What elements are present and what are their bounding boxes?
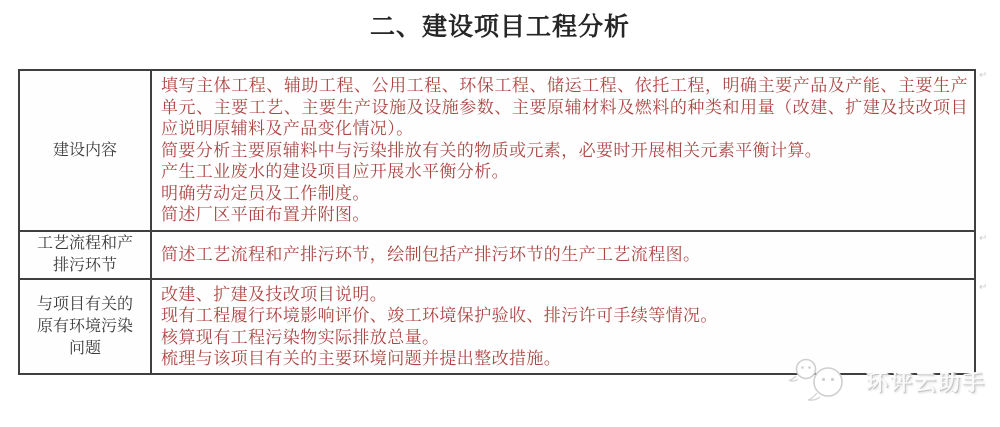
project-analysis-table: 建设内容 填写主体工程、辅助工程、公用工程、环保工程、储运工程、依托工程，明确主… [18, 69, 976, 375]
row-header-process-flow: 工艺流程和产排污环节 [19, 231, 151, 279]
content-paragraph: 梳理与该项目有关的主要环境问题并提出整改措施。 [161, 348, 968, 370]
content-paragraph: 简要分析主要原辅料中与污染排放有关的物质或元素，必要时开展相关元素平衡计算。 [161, 140, 968, 162]
content-paragraph: 现有工程履行环境影响评价、竣工环境保护验收、排污许可手续等情况。 [161, 305, 968, 327]
paragraph-return-mark: ↵ [979, 234, 987, 244]
content-paragraph: 核算现有工程污染物实际排放总量。 [161, 327, 968, 349]
page-title: 二、建设项目工程分析 [0, 7, 1000, 43]
content-paragraph: 填写主体工程、辅助工程、公用工程、环保工程、储运工程、依托工程，明确主要产品及产… [161, 75, 968, 140]
paragraph-return-mark: ↵ [979, 71, 987, 81]
content-paragraph: 简述厂区平面布置并附图。 [161, 204, 968, 226]
table-row-construction-content: 建设内容 填写主体工程、辅助工程、公用工程、环保工程、储运工程、依托工程，明确主… [19, 70, 975, 231]
table-row-existing-pollution: 与项目有关的原有环境污染问题 改建、扩建及技改项目说明。 现有工程履行环境影响评… [19, 279, 975, 374]
row-header-existing-pollution: 与项目有关的原有环境污染问题 [19, 279, 151, 374]
content-paragraph: 产生工业废水的建设项目应开展水平衡分析。 [161, 161, 968, 183]
row-content-existing-pollution: 改建、扩建及技改项目说明。 现有工程履行环境影响评价、竣工环境保护验收、排污许可… [151, 279, 975, 374]
row-content-process-flow: 简述工艺流程和产排污环节，绘制包括产排污环节的生产工艺流程图。 [151, 231, 975, 279]
content-paragraph: 简述工艺流程和产排污环节，绘制包括产排污环节的生产工艺流程图。 [161, 244, 968, 266]
row-header-construction-content: 建设内容 [19, 70, 151, 231]
table-row-process-flow: 工艺流程和产排污环节 简述工艺流程和产排污环节，绘制包括产排污环节的生产工艺流程… [19, 231, 975, 279]
document-page: 二、建设项目工程分析 建设内容 填写主体工程、辅助工程、公用工程、环保工程、储运… [0, 0, 1000, 427]
content-paragraph: 改建、扩建及技改项目说明。 [161, 284, 968, 306]
row-content-construction-content: 填写主体工程、辅助工程、公用工程、环保工程、储运工程、依托工程，明确主要产品及产… [151, 70, 975, 231]
content-paragraph: 明确劳动定员及工作制度。 [161, 183, 968, 205]
paragraph-return-mark: ↵ [979, 283, 987, 293]
